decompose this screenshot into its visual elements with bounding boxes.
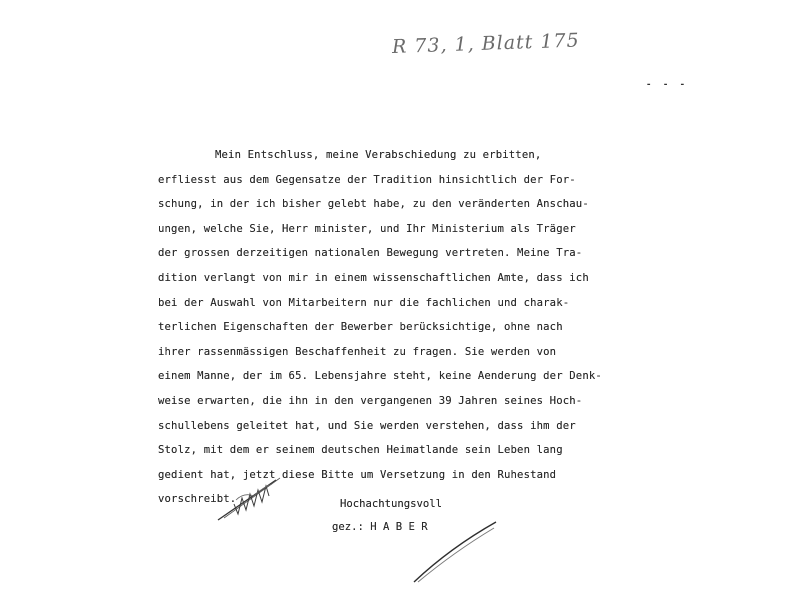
- document-page: R 73, 1, Blatt 175 - - - Mein Entschluss…: [0, 0, 796, 597]
- body-line: einem Manne, der im 65. Lebensjahre steh…: [158, 364, 758, 389]
- body-line: weise erwarten, die ihn in den vergangen…: [158, 389, 758, 414]
- body-line: erfliesst aus dem Gegensatze der Traditi…: [158, 168, 758, 193]
- body-line: schung, in der ich bisher gelebt habe, z…: [158, 192, 758, 217]
- handwritten-initials-icon: [214, 474, 284, 524]
- body-line: bei der Auswahl von Mitarbeitern nur die…: [158, 291, 758, 316]
- body-line: der grossen derzeitigen nationalen Beweg…: [158, 241, 758, 266]
- body-line: ihrer rassenmässigen Beschaffenheit zu f…: [158, 340, 758, 365]
- body-line: terlichen Eigenschaften der Bewerber ber…: [158, 315, 758, 340]
- letter-body: Mein Entschluss, meine Verabschiedung zu…: [158, 143, 758, 512]
- body-line: Mein Entschluss, meine Verabschiedung zu…: [158, 143, 758, 168]
- body-line: schullebens geleitet hat, und Sie werden…: [158, 414, 758, 439]
- body-line: Stolz, mit dem er seinem deutschen Heima…: [158, 438, 758, 463]
- body-line: ungen, welche Sie, Herr minister, und Ih…: [158, 217, 758, 242]
- closing-salutation: Hochachtungsvoll: [340, 493, 442, 516]
- body-line: dition verlangt von mir in einem wissens…: [158, 266, 758, 291]
- pen-stroke-mark-icon: [410, 520, 500, 585]
- page-marks: - - -: [646, 80, 688, 90]
- archive-reference-annotation: R 73, 1, Blatt 175: [392, 29, 580, 58]
